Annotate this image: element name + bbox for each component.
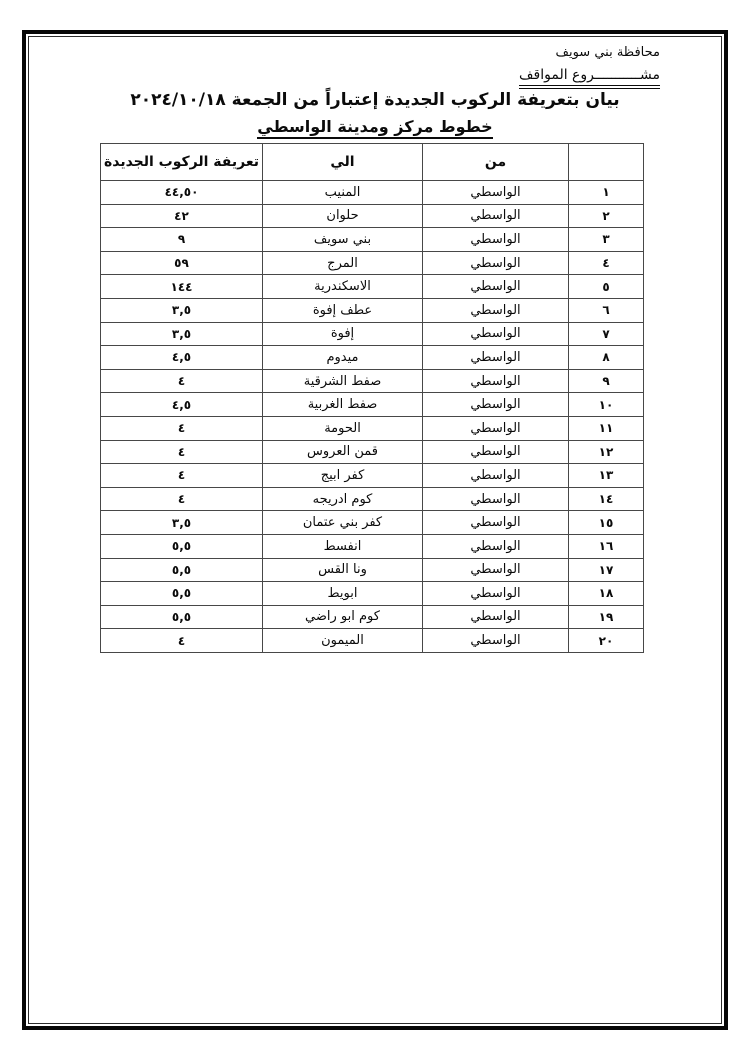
table-row: ١٩الواسطيكوم ابو راضي٥,٥ (101, 605, 644, 629)
table-header-row: من الي تعريفة الركوب الجديدة (101, 144, 644, 181)
title-line: بيان بتعريفة الركوب الجديدة إعتباراً من … (0, 90, 750, 110)
from-cell: الواسطي (423, 440, 569, 464)
fare-cell: ٤٢ (101, 204, 263, 228)
fare-cell: ٣,٥ (101, 298, 263, 322)
table-row: ١٠الواسطيصفط الغربية٤,٥ (101, 393, 644, 417)
table-row: ٨الواسطيميدوم٤,٥ (101, 346, 644, 370)
fare-cell: ٥,٥ (101, 582, 263, 606)
from-cell: الواسطي (423, 605, 569, 629)
org-header: محافظة بني سويف مشـــــــــــروع المواقف (519, 44, 660, 89)
to-cell: قمن العروس (263, 440, 423, 464)
col-header-fare: تعريفة الركوب الجديدة (101, 144, 263, 181)
row-number: ١٣ (569, 464, 644, 488)
scanned-document: { "header": { "governorate": "محافظة بني… (0, 0, 750, 1061)
fare-cell: ٥,٥ (101, 605, 263, 629)
to-cell: كوم ادريجه (263, 487, 423, 511)
project-name-line: مشـــــــــــروع المواقف (519, 65, 660, 89)
fare-cell: ٥٩ (101, 251, 263, 275)
fare-cell: ٤ (101, 629, 263, 653)
row-number: ١٧ (569, 558, 644, 582)
from-cell: الواسطي (423, 393, 569, 417)
to-cell: كفر بني عتمان (263, 511, 423, 535)
to-cell: إفوة (263, 322, 423, 346)
from-cell: الواسطي (423, 228, 569, 252)
from-cell: الواسطي (423, 558, 569, 582)
row-number: ٢ (569, 204, 644, 228)
fare-cell: ٤ (101, 487, 263, 511)
to-cell: كوم ابو راضي (263, 605, 423, 629)
from-cell: الواسطي (423, 251, 569, 275)
to-cell: حلوان (263, 204, 423, 228)
from-cell: الواسطي (423, 369, 569, 393)
to-cell: انفسط (263, 534, 423, 558)
table-row: ٧الواسطيإفوة٣,٥ (101, 322, 644, 346)
from-cell: الواسطي (423, 298, 569, 322)
fare-cell: ٤ (101, 369, 263, 393)
subtitle-line: خطوط مركز ومدينة الواسطي (0, 117, 750, 139)
fare-cell: ٤ (101, 416, 263, 440)
fare-cell: ١٤٤ (101, 275, 263, 299)
from-cell: الواسطي (423, 464, 569, 488)
to-cell: صفط الغربية (263, 393, 423, 417)
fare-cell: ٥,٥ (101, 558, 263, 582)
table-row: ١١الواسطيالحومة٤ (101, 416, 644, 440)
to-cell: ميدوم (263, 346, 423, 370)
table-row: ٩الواسطيصفط الشرقية٤ (101, 369, 644, 393)
document-subtitle: خطوط مركز ومدينة الواسطي (257, 117, 492, 139)
to-cell: المنيب (263, 181, 423, 205)
from-cell: الواسطي (423, 511, 569, 535)
row-number: ٦ (569, 298, 644, 322)
table-row: ١٧الواسطيونا القس٥,٥ (101, 558, 644, 582)
to-cell: ونا القس (263, 558, 423, 582)
table-row: ١الواسطيالمنيب٤٤,٥٠ (101, 181, 644, 205)
table-row: ٥الواسطيالاسكندرية١٤٤ (101, 275, 644, 299)
table-row: ٦الواسطيعطف إفوة٣,٥ (101, 298, 644, 322)
table-row: ١٨الواسطيابويط٥,٥ (101, 582, 644, 606)
from-cell: الواسطي (423, 487, 569, 511)
to-cell: الحومة (263, 416, 423, 440)
col-header-to: الي (263, 144, 423, 181)
row-number: ١ (569, 181, 644, 205)
from-cell: الواسطي (423, 322, 569, 346)
fare-table-body: ١الواسطيالمنيب٤٤,٥٠٢الواسطيحلوان٤٢٣الواس… (101, 181, 644, 653)
fare-cell: ٤ (101, 464, 263, 488)
from-cell: الواسطي (423, 582, 569, 606)
fare-cell: ٤,٥ (101, 393, 263, 417)
row-number: ١٨ (569, 582, 644, 606)
to-cell: ابويط (263, 582, 423, 606)
row-number: ١٥ (569, 511, 644, 535)
row-number: ٤ (569, 251, 644, 275)
from-cell: الواسطي (423, 181, 569, 205)
row-number: ٢٠ (569, 629, 644, 653)
row-number: ٣ (569, 228, 644, 252)
row-number: ١٤ (569, 487, 644, 511)
row-number: ١٦ (569, 534, 644, 558)
row-number: ٥ (569, 275, 644, 299)
table-row: ١٤الواسطيكوم ادريجه٤ (101, 487, 644, 511)
table-row: ١٣الواسطيكفر ابيج٤ (101, 464, 644, 488)
fare-table: من الي تعريفة الركوب الجديدة ١الواسطيالم… (100, 143, 644, 653)
row-number: ٩ (569, 369, 644, 393)
fare-cell: ٩ (101, 228, 263, 252)
to-cell: صفط الشرقية (263, 369, 423, 393)
project-name: مشـــــــــــروع المواقف (519, 66, 660, 89)
col-header-number (569, 144, 644, 181)
table-row: ٢٠الواسطيالميمون٤ (101, 629, 644, 653)
from-cell: الواسطي (423, 629, 569, 653)
to-cell: الميمون (263, 629, 423, 653)
from-cell: الواسطي (423, 534, 569, 558)
from-cell: الواسطي (423, 416, 569, 440)
fare-cell: ٤٤,٥٠ (101, 181, 263, 205)
from-cell: الواسطي (423, 204, 569, 228)
table-row: ١٢الواسطيقمن العروس٤ (101, 440, 644, 464)
fare-cell: ٣,٥ (101, 322, 263, 346)
row-number: ١٠ (569, 393, 644, 417)
row-number: ٧ (569, 322, 644, 346)
table-row: ٢الواسطيحلوان٤٢ (101, 204, 644, 228)
from-cell: الواسطي (423, 346, 569, 370)
col-header-from: من (423, 144, 569, 181)
row-number: ١١ (569, 416, 644, 440)
table-row: ١٦الواسطيانفسط٥,٥ (101, 534, 644, 558)
fare-cell: ٣,٥ (101, 511, 263, 535)
table-row: ٣الواسطيبني سويف٩ (101, 228, 644, 252)
row-number: ٨ (569, 346, 644, 370)
fare-cell: ٥,٥ (101, 534, 263, 558)
governorate-name: محافظة بني سويف (519, 44, 660, 62)
to-cell: المرج (263, 251, 423, 275)
row-number: ١٢ (569, 440, 644, 464)
from-cell: الواسطي (423, 275, 569, 299)
row-number: ١٩ (569, 605, 644, 629)
to-cell: عطف إفوة (263, 298, 423, 322)
to-cell: كفر ابيج (263, 464, 423, 488)
fare-cell: ٤,٥ (101, 346, 263, 370)
to-cell: بني سويف (263, 228, 423, 252)
fare-cell: ٤ (101, 440, 263, 464)
document-title: بيان بتعريفة الركوب الجديدة إعتباراً من … (130, 90, 619, 110)
table-row: ١٥الواسطيكفر بني عتمان٣,٥ (101, 511, 644, 535)
table-row: ٤الواسطيالمرج٥٩ (101, 251, 644, 275)
to-cell: الاسكندرية (263, 275, 423, 299)
